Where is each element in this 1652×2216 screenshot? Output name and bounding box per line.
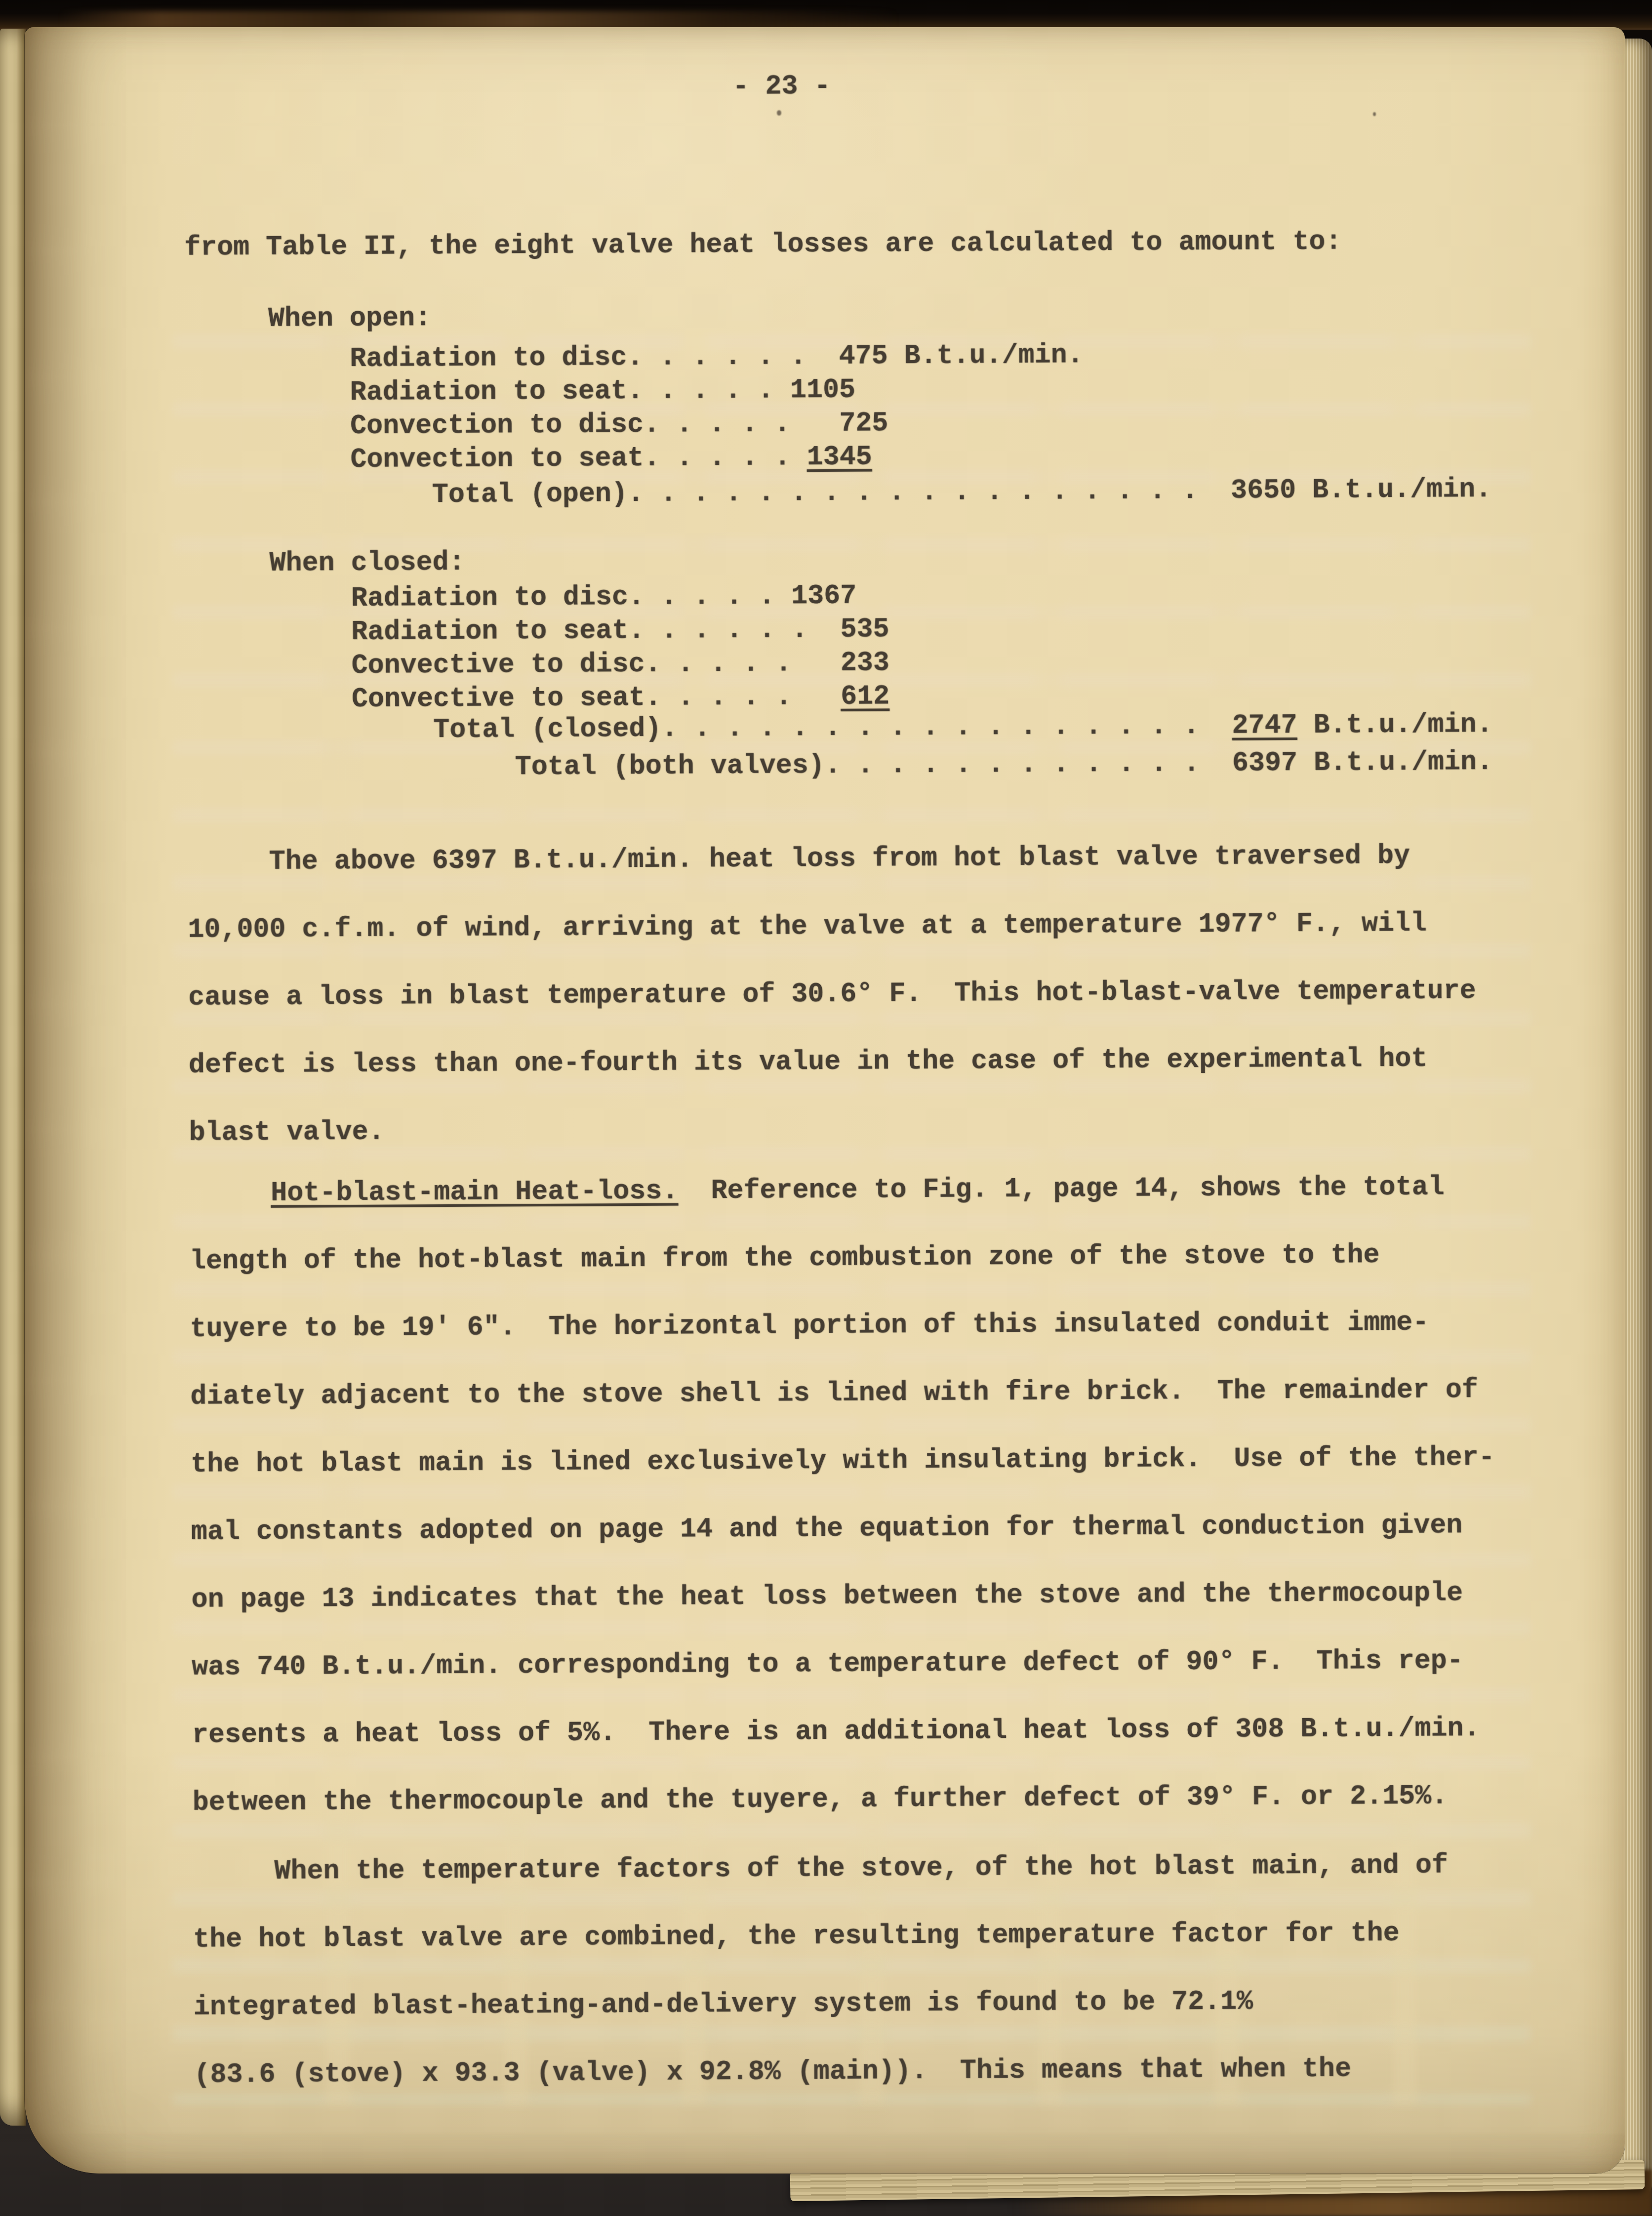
paragraph-line: length of the hot-blast main from the co… bbox=[190, 1238, 1380, 1279]
row-label: Radiation to disc. . . . . . bbox=[350, 341, 839, 374]
total-row-closed: Total (closed). . . . . . . . . . . . . … bbox=[433, 707, 1493, 747]
paragraph-line: the hot blast main is lined exclusively … bbox=[191, 1440, 1495, 1482]
paragraph-line: (83.6 (stove) x 93.3 (valve) x 92.8% (ma… bbox=[194, 2052, 1351, 2092]
page-number: - 23 - bbox=[732, 69, 830, 104]
list-row: Convective to disc. . . . . 233 bbox=[351, 646, 889, 683]
row-unit: B.t.u./min. bbox=[1296, 474, 1491, 506]
list-row: Radiation to disc. . . . . 1367 bbox=[351, 579, 857, 616]
scanned-book-photo: - 23 - from Table II, the eight valve he… bbox=[0, 0, 1652, 2216]
row-value: 3650 bbox=[1231, 475, 1296, 506]
paragraph-line: cause a loss in blast temperature of 30.… bbox=[188, 974, 1476, 1015]
paragraph-line: tuyere to be 19' 6". The horizontal port… bbox=[190, 1306, 1429, 1347]
paragraph-line: The above 6397 B.t.u./min. heat loss fro… bbox=[269, 839, 1410, 879]
list-row: Radiation to disc. . . . . . 475 B.t.u./… bbox=[350, 338, 1084, 376]
total-row-both-valves: Total (both valves). . . . . . . . . . .… bbox=[515, 745, 1493, 784]
row-value-underlined: 1345 bbox=[806, 441, 872, 473]
row-value-underlined: 612 bbox=[841, 681, 889, 712]
cover-leather-streak bbox=[59, 11, 899, 29]
row-value: 1367 bbox=[791, 580, 856, 612]
paragraph-line: on page 13 indicates that the heat loss … bbox=[191, 1576, 1463, 1617]
row-unit: B.t.u./min. bbox=[887, 339, 1083, 371]
section-heading-open: When open: bbox=[268, 301, 431, 336]
list-row: Convection to disc. . . . . 725 bbox=[350, 406, 888, 444]
paragraph-line: was 740 B.t.u./min. corresponding to a t… bbox=[192, 1643, 1463, 1684]
paragraph-line: diately adjacent to the stove shell is l… bbox=[190, 1373, 1478, 1414]
row-label: Radiation to seat. . . . . bbox=[350, 374, 790, 408]
paragraph-line: integrated blast-heating-and-delivery sy… bbox=[194, 1984, 1253, 2024]
row-label: Total (closed). . . . . . . . . . . . . … bbox=[433, 710, 1232, 745]
paragraph-line: 10,000 c.f.m. of wind, arriving at the v… bbox=[188, 906, 1427, 947]
row-label: Total (open). . . . . . . . . . . . . . … bbox=[432, 475, 1231, 510]
row-value: 233 bbox=[841, 647, 889, 679]
row-value: 6397 bbox=[1232, 747, 1297, 779]
typewritten-page: - 23 - from Table II, the eight valve he… bbox=[25, 27, 1625, 2174]
row-value: 535 bbox=[840, 614, 889, 645]
list-row: Convection to seat. . . . . 1345 bbox=[350, 440, 872, 477]
row-unit: B.t.u./min. bbox=[1297, 746, 1493, 779]
row-label: Radiation to disc. . . . . bbox=[351, 580, 791, 614]
paragraph-line: defect is less than one-fourth its value… bbox=[189, 1042, 1428, 1083]
row-label: Total (both valves). . . . . . . . . . .… bbox=[515, 748, 1233, 783]
total-row-open: Total (open). . . . . . . . . . . . . . … bbox=[432, 472, 1492, 512]
paragraph-line: blast valve. bbox=[189, 1115, 384, 1150]
paragraph-line: between the thermocouple and the tuyere,… bbox=[193, 1779, 1448, 1820]
row-value-underlined: 2747 bbox=[1232, 710, 1297, 741]
subsection-heading: Hot-blast-main Heat-loss. bbox=[271, 1176, 678, 1209]
list-row: Radiation to seat. . . . . . 535 bbox=[351, 612, 889, 650]
row-label: Convective to disc. . . . . bbox=[351, 648, 840, 681]
paragraph-line: Hot-blast-main Heat-loss. Reference to F… bbox=[271, 1170, 1445, 1210]
paragraph-line: the hot blast valve are combined, the re… bbox=[193, 1916, 1400, 1957]
row-unit: B.t.u./min. bbox=[1297, 709, 1492, 741]
row-value: 1105 bbox=[790, 374, 855, 406]
section-heading-closed: When closed: bbox=[269, 545, 465, 581]
paragraph-line: mal constants adopted on page 14 and the… bbox=[191, 1508, 1463, 1549]
paragraph-line: resents a heat loss of 5%. There is an a… bbox=[192, 1711, 1480, 1753]
row-label: Radiation to seat. . . . . . bbox=[351, 614, 840, 648]
row-value: 725 bbox=[839, 408, 888, 439]
intro-line: from Table II, the eight valve heat loss… bbox=[184, 225, 1342, 265]
list-row: Radiation to seat. . . . . 1105 bbox=[350, 373, 856, 410]
paragraph-line: When the temperature factors of the stov… bbox=[274, 1848, 1448, 1888]
row-label: Convection to disc. . . . . bbox=[350, 408, 839, 442]
heading-rest: Reference to Fig. 1, page 14, shows the … bbox=[678, 1171, 1445, 1206]
page-content: - 23 - from Table II, the eight valve he… bbox=[20, 23, 1632, 2178]
row-value: 475 bbox=[839, 340, 887, 372]
row-label: Convective to seat. . . . . bbox=[352, 681, 841, 715]
row-label: Convection to seat. . . . . bbox=[350, 442, 806, 475]
